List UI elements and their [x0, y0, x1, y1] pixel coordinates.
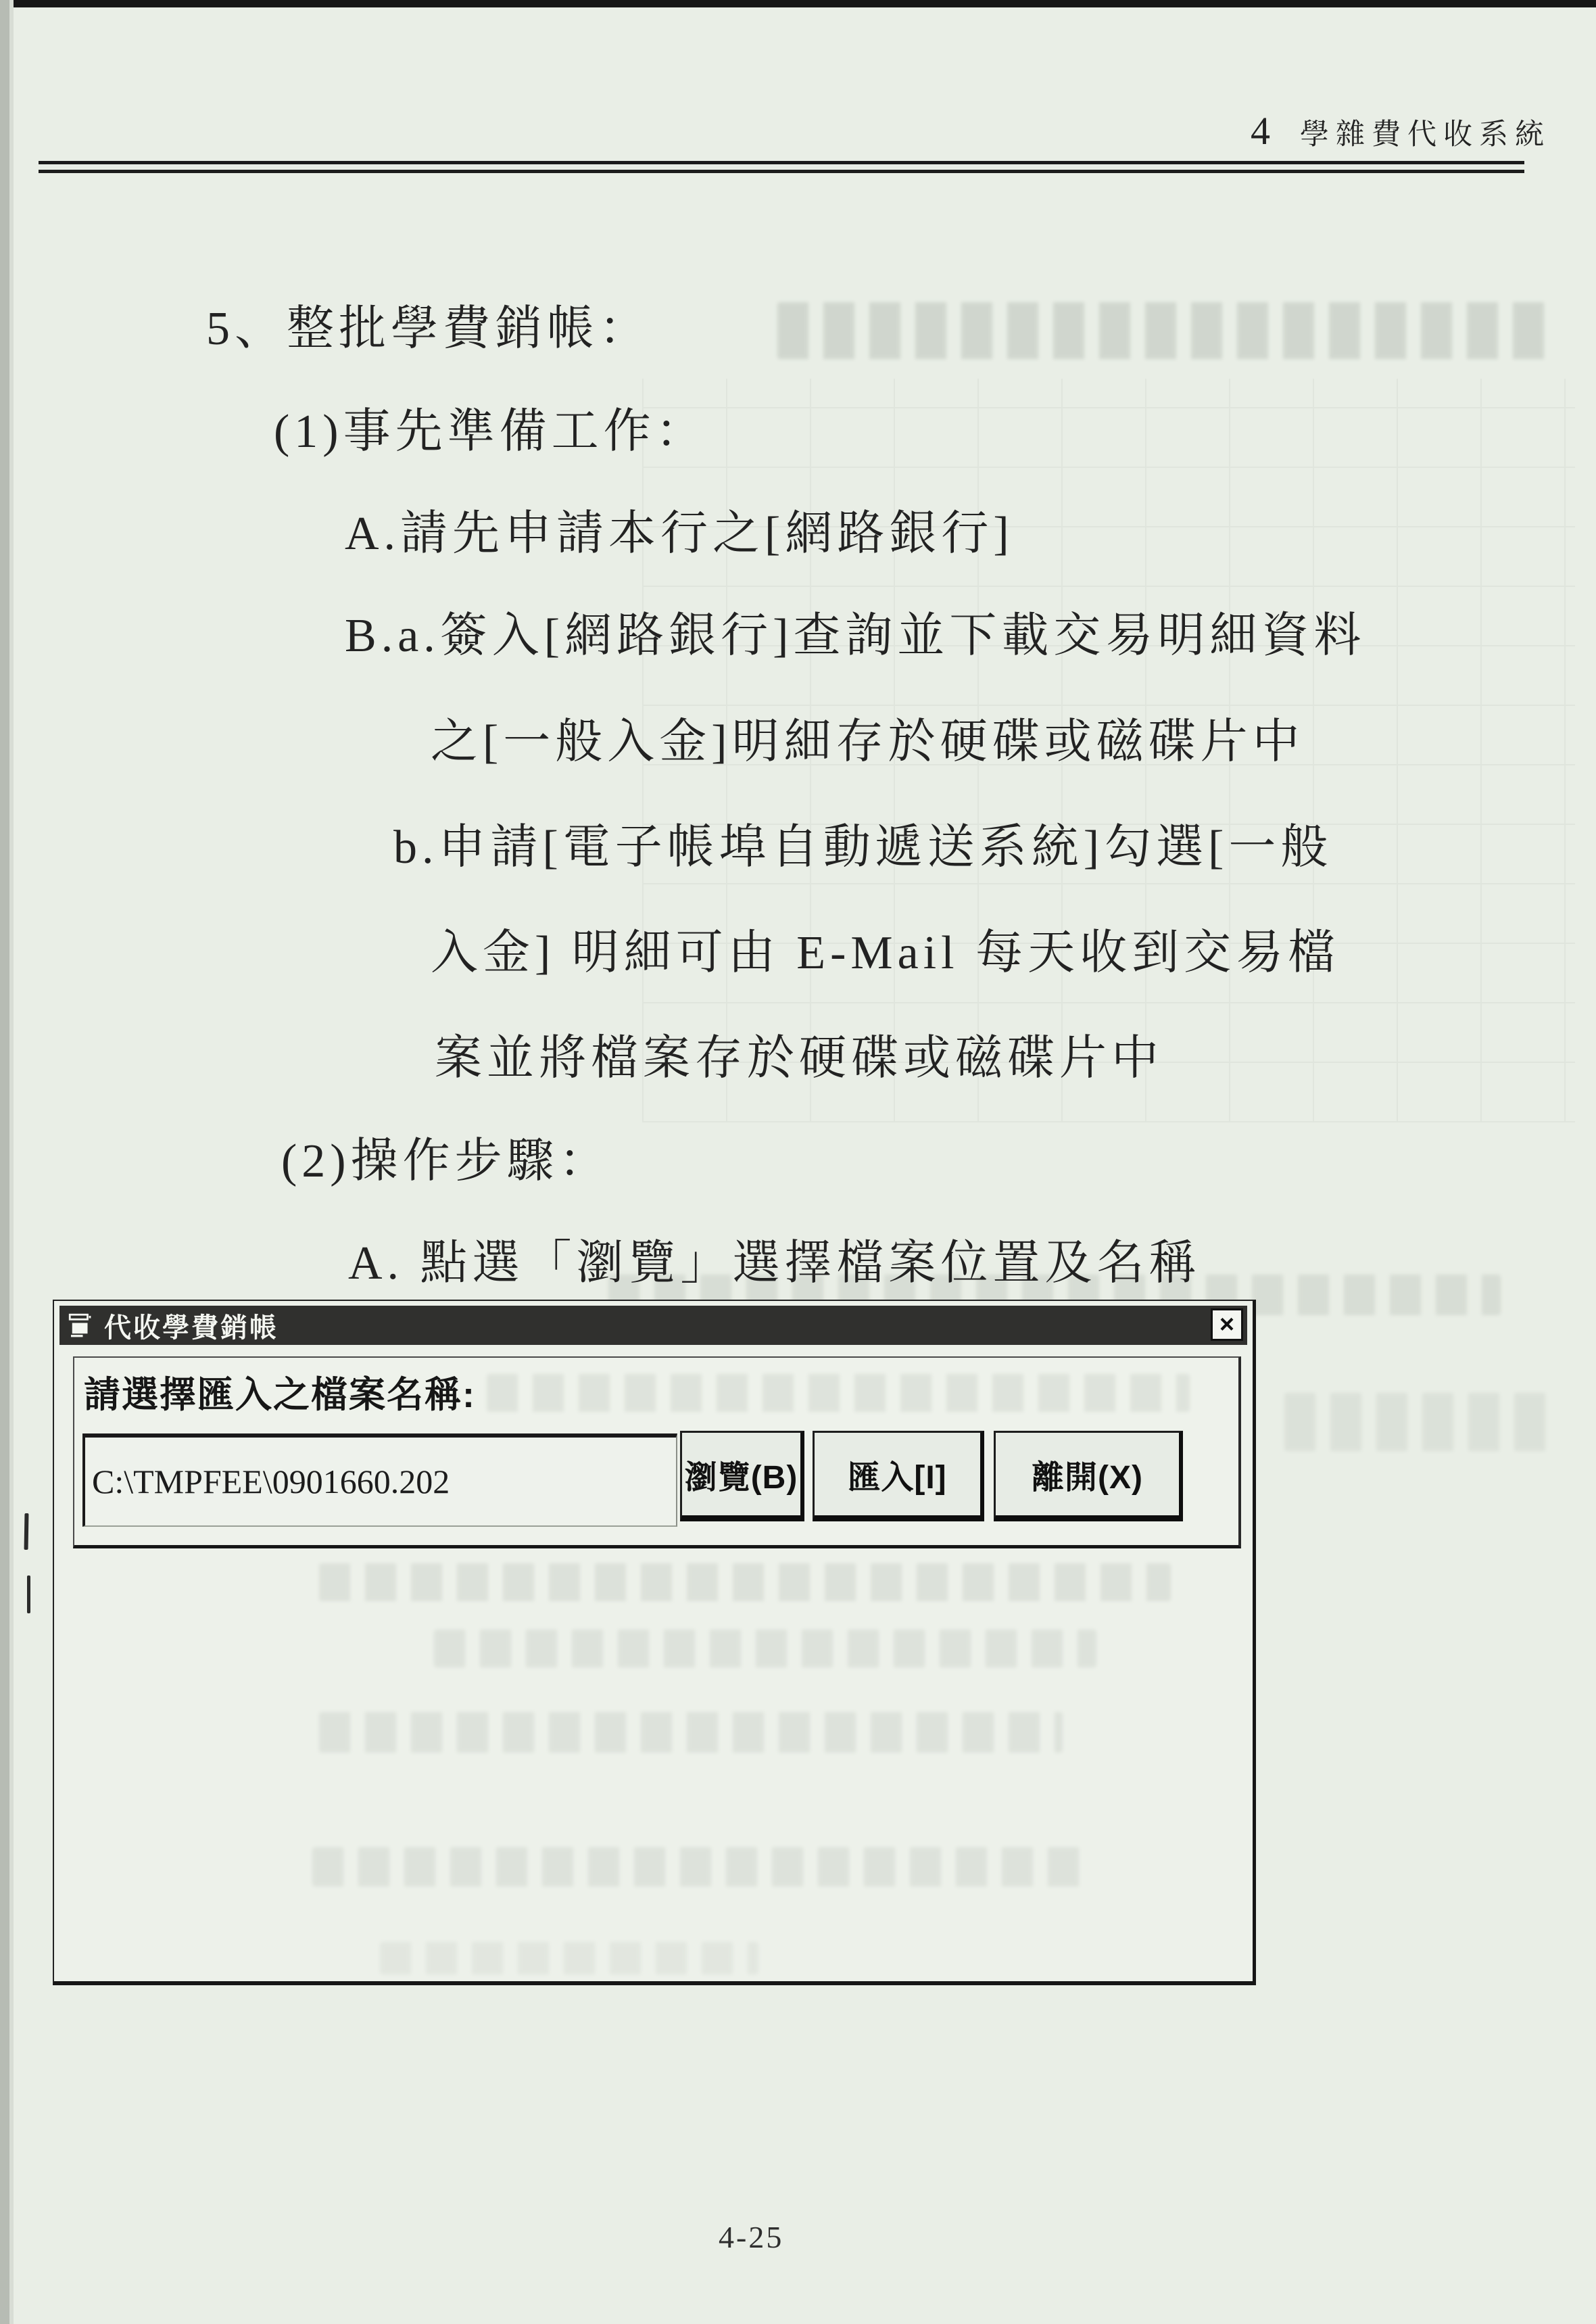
body-line: b.申請[電子帳埠自動遞送系統]勾選[一般 — [393, 809, 1332, 877]
browse-button[interactable]: 瀏覽(B) — [680, 1431, 804, 1521]
scan-left-edge-highlight — [9, 0, 14, 2324]
scan-left-edge — [0, 0, 9, 2324]
bleedthrough-text — [434, 1630, 1096, 1667]
body-line: (1)事先準備工作： — [274, 393, 708, 461]
file-select-groupbox: 請選擇匯入之檔案名稱: 瀏覽(B) 匯入[I] 離開(X) — [73, 1356, 1241, 1548]
body-line: 之[一般入金]明細存於硬碟或磁碟片中 — [431, 703, 1305, 772]
chapter-title: 學雜費代收系統 — [1300, 112, 1551, 153]
close-icon[interactable]: × — [1211, 1308, 1243, 1341]
body-line: B.a.簽入[網路銀行]查詢並下載交易明細資料 — [345, 597, 1365, 665]
file-path-label: 請選擇匯入之檔案名稱: — [84, 1366, 476, 1418]
dialog-title: 代收學費銷帳 — [104, 1306, 279, 1345]
bleedthrough-text — [777, 302, 1548, 359]
bleedthrough-text — [1284, 1393, 1548, 1451]
scan-top-edge — [0, 0, 1596, 7]
body-line: 5、整批學費銷帳： — [206, 290, 651, 358]
chapter-number: 4 — [1251, 108, 1270, 153]
exit-button[interactable]: 離開(X) — [994, 1431, 1183, 1521]
margin-mark — [24, 1513, 29, 1550]
dialog-titlebar[interactable]: 代收學費銷帳 × — [59, 1306, 1247, 1345]
scanned-manual-page: { "page": { "header": { "chapter_number"… — [0, 0, 1596, 2324]
page-number: 4-25 — [719, 2219, 783, 2255]
page-header: 4 學雜費代收系統 — [1251, 108, 1551, 153]
dialog-window: 代收學費銷帳 × 請選擇匯入之檔案名稱: 瀏覽(B) 匯入[I] 離開(X) — [53, 1300, 1256, 1985]
body-line: 入金] 明細可由 E-Mail 每天收到交易檔 — [431, 914, 1340, 982]
bleedthrough-text — [312, 1847, 1090, 1887]
header-rule — [39, 161, 1524, 173]
body-line: (2)操作步驟： — [281, 1122, 611, 1191]
bleedthrough-text — [380, 1942, 758, 1974]
body-line: A.請先申請本行之[網路銀行] — [345, 495, 1014, 563]
body-line: A. 點選「瀏覽」選擇檔案位置及名稱 — [348, 1225, 1201, 1293]
margin-mark — [27, 1575, 30, 1613]
bleedthrough-text — [319, 1563, 1171, 1601]
file-path-input[interactable] — [82, 1433, 677, 1527]
body-line: 案並將檔案存於硬碟或磁碟片中 — [435, 1020, 1163, 1088]
bleedthrough-text — [319, 1712, 1063, 1753]
app-icon — [66, 1311, 95, 1339]
import-button[interactable]: 匯入[I] — [813, 1431, 984, 1521]
